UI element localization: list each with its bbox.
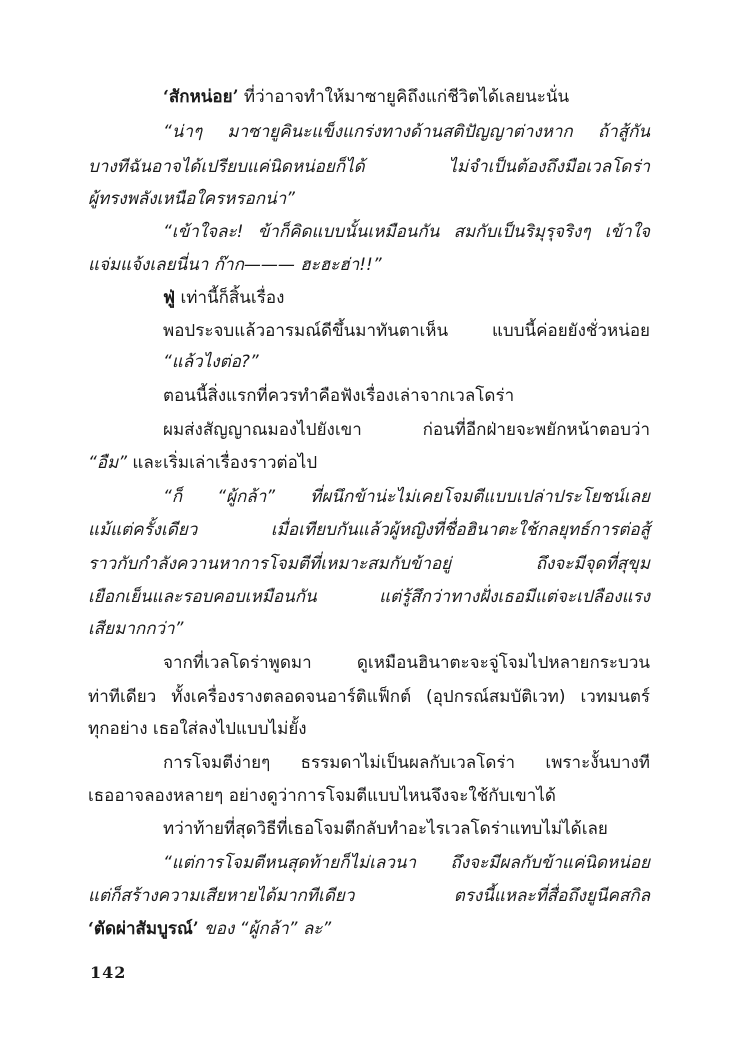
- text-line: “เข้าใจละ! ข้าก็คิดแบบนั้นเหมือนกัน สมกั…: [163, 221, 650, 243]
- text-line: “แล้วไงต่อ?”: [163, 351, 650, 373]
- text-line: แต่ก็สร้างความเสียหายได้มากทีเดียว ตรงนี…: [88, 885, 650, 907]
- text-line: ฟู่ เท่านี้ก็สิ้นเรื่อง: [163, 287, 650, 309]
- text-line: “ก็ “ผู้กล้า” ที่ผนึกข้าน่ะไม่เคยโจมตีแบ…: [163, 486, 650, 508]
- text-line: ผมส่งสัญญาณมองไปยังเขา ก่อนที่อีกฝ่ายจะพ…: [163, 419, 650, 441]
- text-line: เธออาจลองหลายๆ อย่างดูว่าการโจมตีแบบไหนจ…: [88, 785, 650, 807]
- text-line: ท่าทีเดียว ทั้งเครื่องรางตลอดจนอาร์ติแฟ็…: [88, 686, 650, 708]
- text-line: จากที่เวลโดร่าพูดมา ดูเหมือนฮินาตะจะจู่โ…: [163, 652, 650, 674]
- emphasis-text: ‘สักหน่อย’: [163, 87, 239, 107]
- text-line: เสียมากกว่า”: [88, 618, 650, 640]
- emphasis-text: ฟู่: [163, 288, 175, 308]
- text-line: บางทีฉันอาจได้เปรียบแค่นิดหน่อยก็ได้ ไม่…: [88, 156, 650, 178]
- text-line: “แต่การโจมตีหนสุดท้ายก็ไม่เลวนา ถึงจะมีผ…: [163, 852, 650, 874]
- text-line: แม้แต่ครั้งเดียว เมื่อเทียบกันแล้วผู้หญิ…: [88, 519, 650, 541]
- text-line: ตอนนี้สิ่งแรกที่ควรทำคือฟังเรื่องเล่าจาก…: [163, 385, 650, 407]
- text-line: ทุกอย่าง เธอใส่ลงไปแบบไม่ยั้ง: [88, 718, 650, 740]
- text-line: ‘สักหน่อย’ ที่ว่าอาจทำให้มาซายูคิถึงแก่ช…: [163, 86, 650, 108]
- text-line: พอประจบแล้วอารมณ์ดีขึ้นมาทันตาเห็น แบบนี…: [163, 320, 650, 342]
- text-line: การโจมตีง่ายๆ ธรรมดาไม่เป็นผลกับเวลโดร่า…: [163, 752, 650, 774]
- text-line: “อืม” และเริ่มเล่าเรื่องราวต่อไป: [88, 452, 650, 474]
- text-line: ‘ตัดผ่าสัมบูรณ์’ ของ “ผู้กล้า” ละ”: [88, 918, 650, 940]
- text-line: แจ่มแจ้งเลยนี่นา ก๊าก——— ฮะฮะฮ่า!!”: [88, 254, 650, 276]
- emphasis-text: ‘ตัดผ่าสัมบูรณ์’: [88, 919, 199, 939]
- text-line: “น่าๆ มาซายูคินะแข็งแกร่งทางด้านสติปัญญา…: [163, 121, 650, 143]
- page-number: 142: [90, 963, 126, 982]
- text-line: ราวกับกำลังควานหาการโจมตีที่เหมาะสมกับข้…: [88, 553, 650, 575]
- text-line: ผู้ทรงพลังเหนือใครหรอกน่า”: [88, 188, 650, 210]
- text-line: ทว่าท้ายที่สุดวิธีที่เธอโจมตีกลับทำอะไรเ…: [163, 818, 650, 840]
- book-page: ‘สักหน่อย’ ที่ว่าอาจทำให้มาซายูคิถึงแก่ช…: [0, 0, 738, 1051]
- text-line: เยือกเย็นและรอบคอบเหมือนกัน แต่รู้สึกว่า…: [88, 586, 650, 608]
